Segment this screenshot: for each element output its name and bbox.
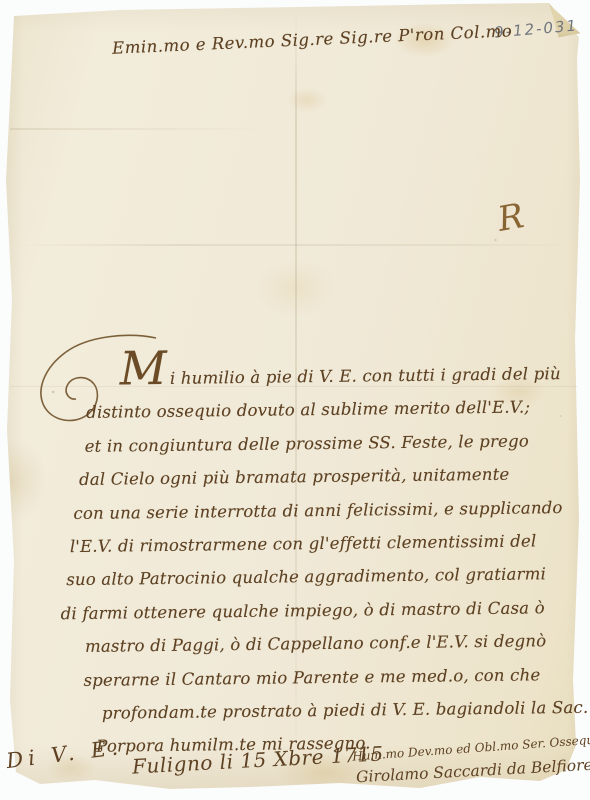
letter-line: mastro di Paggi, ò di Cappellano conf.e …	[85, 624, 588, 664]
letter-line: et in congiuntura delle prossime SS. Fes…	[84, 424, 585, 464]
letter-scan: 9-12-031 Emin.mo e Rev.mo Sig.re Sig.re …	[0, 0, 590, 800]
letter-body: Mi humilio à pie di V. E. con tutti i gr…	[56, 347, 589, 764]
letter-line: profondam.te prostrato à piedi di V. E. …	[102, 691, 589, 730]
letter-line: Mi humilio à pie di V. E. con tutti i gr…	[120, 347, 585, 396]
